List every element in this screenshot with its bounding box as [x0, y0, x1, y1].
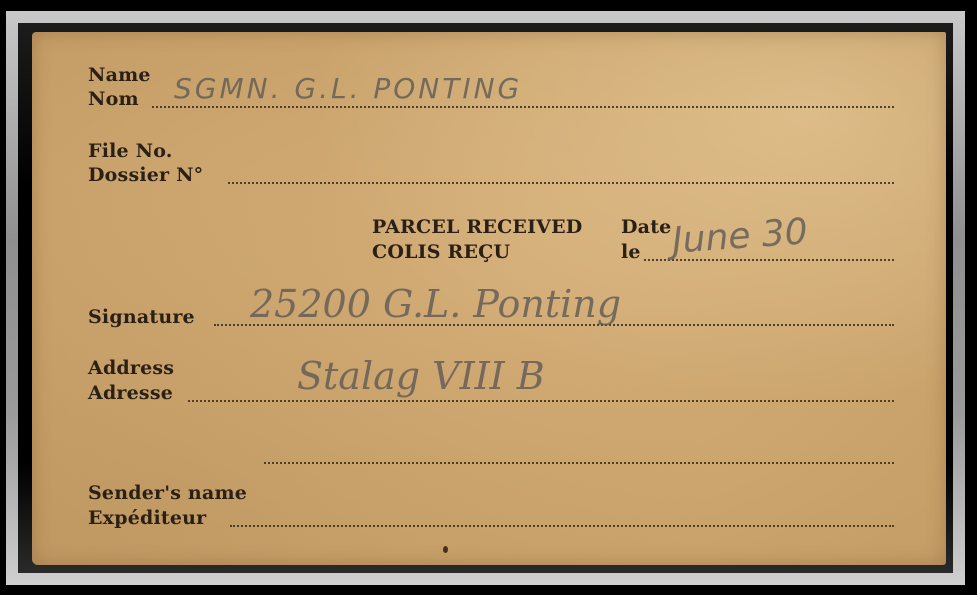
parcel-received-title-en: PARCEL RECEIVED [372, 216, 582, 239]
address-line-1 [188, 400, 894, 402]
parcel-received-title-fr: COLIS REÇU [372, 241, 510, 264]
address-line-2 [264, 462, 894, 464]
paper-speck [443, 546, 448, 553]
address-value: Stalag VIII B [297, 354, 545, 398]
sender-label-en: Sender's name [88, 482, 247, 505]
signature-value: 25200 G.L. Ponting [250, 282, 621, 326]
date-label-fr: le [621, 241, 641, 264]
file-no-label-en: File No. [88, 140, 173, 163]
signature-label: Signature [88, 306, 195, 329]
sender-line [230, 525, 894, 527]
name-label-fr: Nom [88, 88, 139, 111]
file-no-label-fr: Dossier N° [88, 164, 203, 187]
file-no-line [228, 182, 894, 184]
name-line [152, 106, 894, 108]
date-label-en: Date [621, 216, 671, 239]
sender-label-fr: Expéditeur [88, 507, 206, 530]
date-value: June 30 [671, 211, 809, 261]
name-label-en: Name [88, 64, 151, 87]
address-label-fr: Adresse [88, 382, 173, 405]
name-value: SGMN. G.L. PONTING [174, 72, 522, 105]
address-label-en: Address [88, 357, 174, 380]
parcel-receipt-card: Name Nom SGMN. G.L. PONTING File No. Dos… [32, 32, 946, 565]
